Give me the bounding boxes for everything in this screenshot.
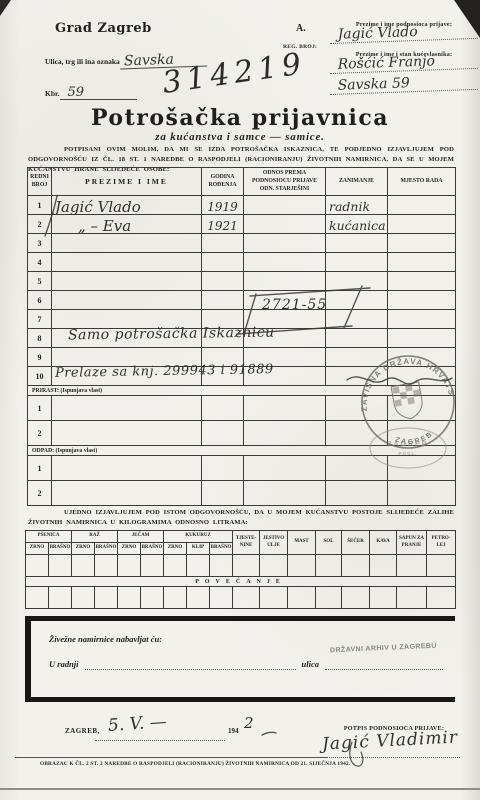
supply-cell	[26, 555, 49, 577]
footer-place-label: ZAGREB,	[65, 727, 100, 735]
person-name-handwritten: „ – Eva	[52, 215, 202, 234]
purchase-row: U radnji ulica	[49, 659, 443, 670]
person-year-handwritten: 1919	[202, 196, 244, 215]
person-name-cell	[52, 291, 202, 310]
declaration-paragraph-2: UJEDNO IZJAVLJUJEM POD ISTOM ODGOVORNOŠĆ…	[28, 508, 454, 528]
person-workplace-cell	[388, 272, 456, 291]
supply-cell	[26, 587, 49, 609]
person-workplace-cell	[388, 253, 456, 272]
prirast-year-cell	[202, 396, 244, 421]
col-header-redni-broj: REDNI BROJ	[28, 168, 52, 196]
col-sol: SOL	[316, 531, 342, 555]
landlord-address-field: Savska 59	[330, 79, 478, 95]
row-number: 4	[28, 253, 52, 272]
person-occupation-cell	[326, 253, 388, 272]
group-psenica: PŠENICA	[26, 531, 72, 543]
prirast-name-cell	[52, 421, 202, 446]
odpad-row-2: 2	[28, 481, 456, 506]
row-number: 8	[28, 329, 52, 348]
supply-cell	[95, 555, 118, 577]
supply-cell	[164, 587, 187, 609]
crossed-number-handwritten: 2721-55	[262, 297, 327, 313]
landlord-address-handwritten: Savska 59	[329, 74, 477, 95]
odpad-band: ODPAD: (Ispunjava vlast)	[28, 446, 456, 456]
odpad-workplace-cell	[388, 481, 456, 506]
prirast-occupation-cell	[326, 421, 388, 446]
row-number: 2	[28, 421, 52, 446]
supply-cell	[370, 555, 397, 577]
person-name-handwritten: Jagić Vlado	[52, 196, 202, 215]
prirast-row-1: 1	[28, 396, 456, 421]
row-number: 1	[28, 456, 52, 481]
purchase-heading: Živežne namirnice nabavljat ću:	[49, 634, 162, 644]
supply-cell	[370, 587, 397, 609]
supply-cell	[342, 587, 370, 609]
supplies-data-row-2	[26, 587, 456, 609]
odpad-name-cell	[52, 481, 202, 506]
supplies-data-row-1	[26, 555, 456, 577]
person-relation-cell	[244, 215, 326, 234]
person-relation-cell	[244, 272, 326, 291]
person-occupation-cell	[326, 291, 388, 310]
prirast-row-2: 2	[28, 421, 456, 446]
col-jestivo-ulje: JESTIVO ULJE	[260, 531, 288, 555]
group-raz: RAŽ	[72, 531, 118, 543]
person-row-2: 2 „ – Eva 1921 kućanica	[28, 215, 456, 234]
col-header-godina-rodjenja: GODINA ROĐENJA	[202, 168, 244, 196]
odpad-relation-cell	[244, 456, 326, 481]
group-jecam: JEČAM	[118, 531, 164, 543]
person-relation-cell	[244, 234, 326, 253]
row-number: 2	[28, 215, 52, 234]
col-tjestenine: TJESTE-NINE	[233, 531, 260, 555]
odpad-year-cell	[202, 456, 244, 481]
supply-cell	[95, 587, 118, 609]
row-number: 7	[28, 310, 52, 329]
row-number: 1	[28, 196, 52, 215]
person-occupation-cell	[326, 310, 388, 329]
person-workplace-cell	[388, 348, 456, 367]
person-occupation-cell	[326, 367, 388, 386]
sub-zrno: ZRNO	[164, 543, 187, 555]
supply-cell	[72, 555, 95, 577]
supply-cell	[397, 587, 427, 609]
house-number-field: Kbr. 59	[45, 86, 137, 100]
supply-cell	[342, 555, 370, 577]
supply-cell	[49, 555, 72, 577]
prirast-name-cell	[52, 396, 202, 421]
row-number: 1	[28, 396, 52, 421]
form-subtitle: za kućanstva i samce — samice.	[0, 131, 480, 143]
row-number: 10	[28, 367, 52, 386]
col-secer: ŠEĆER	[342, 531, 370, 555]
sub-zrno: ZRNO	[118, 543, 141, 555]
house-number-label: Kbr.	[45, 89, 60, 100]
supply-cell	[316, 587, 342, 609]
supply-cell	[187, 587, 210, 609]
shop-label: U radnji	[49, 659, 79, 670]
supply-cell	[427, 555, 456, 577]
row-number: 3	[28, 234, 52, 253]
sub-zrno: ZRNO	[72, 543, 95, 555]
prirast-relation-cell	[244, 421, 326, 446]
landlord-field: Prezime i ime i stan kućevlasnika: Rošći…	[330, 51, 478, 74]
col-header-odnos: ODNOS PREMA PODNOSIOCU PRIJAVE ODN. STAR…	[244, 168, 326, 196]
odpad-name-cell	[52, 456, 202, 481]
supply-cell	[72, 587, 95, 609]
person-row-3: 3	[28, 234, 456, 253]
person-occupation-cell	[326, 272, 388, 291]
person-year-cell	[202, 234, 244, 253]
person-workplace-cell	[388, 329, 456, 348]
odpad-occupation-cell	[326, 481, 388, 506]
supply-cell	[49, 587, 72, 609]
prirast-relation-cell	[244, 396, 326, 421]
person-workplace-cell	[388, 291, 456, 310]
supply-cell	[316, 555, 342, 577]
footer-year-printed: 194	[228, 727, 239, 735]
person-occupation-cell	[326, 234, 388, 253]
applicant-name-handwritten: Jagić Vlado	[329, 23, 477, 44]
prirast-label: PRIRAST: (Ispunjava vlast)	[28, 386, 456, 396]
prirast-workplace-cell	[388, 396, 456, 421]
supply-cell	[288, 587, 316, 609]
supply-cell	[233, 587, 260, 609]
footer-date-handwritten: 5. V. —	[107, 712, 167, 736]
person-name-cell	[52, 234, 202, 253]
person-workplace-cell	[388, 215, 456, 234]
col-kava: KAVA	[370, 531, 397, 555]
group-kukuruz: KUKURUZ	[164, 531, 233, 543]
supply-cell	[118, 555, 141, 577]
supply-cell	[187, 555, 210, 577]
archive-stamp-text: DRŽAVNI ARHIV U ZAGREBU	[330, 643, 437, 655]
form-reference-note: OBRAZAC K ČL. 2 ST. 2 NAREDBE O RASPODJE…	[40, 761, 350, 767]
signature-line	[318, 757, 460, 758]
sub-brasno: BRAŠNO	[210, 543, 233, 555]
landlord-name-handwritten: Rošćić Franjo	[329, 53, 477, 74]
person-occupation-cell	[326, 348, 388, 367]
sub-zrno: ZRNO	[26, 543, 49, 555]
col-header-prezime-ime: PREZIME I IME	[52, 168, 202, 196]
only-card-note-handwritten: Samo potrošačka Iskaznicu	[68, 325, 275, 344]
supply-cell	[118, 587, 141, 609]
person-row-6: 6	[28, 291, 456, 310]
scan-edge-artifact	[0, 788, 480, 790]
person-workplace-cell	[388, 367, 456, 386]
col-header-zanimanje: ZANIMANJE	[326, 168, 388, 196]
supplies-table: PŠENICA RAŽ JEČAM KUKURUZ TJESTE-NINE JE…	[25, 530, 456, 609]
odpad-workplace-cell	[388, 456, 456, 481]
supply-cell	[210, 555, 233, 577]
person-row-4: 4	[28, 253, 456, 272]
col-petrolej: PETRO-LEJ	[427, 531, 456, 555]
supply-cell	[260, 587, 288, 609]
sub-klip: KLIP	[187, 543, 210, 555]
date-flourish	[262, 732, 276, 735]
form-title: Potrošačka prijavnica	[0, 105, 480, 131]
supply-cell	[260, 555, 288, 577]
person-year-handwritten: 1921	[202, 215, 244, 234]
person-workplace-cell	[388, 234, 456, 253]
odpad-relation-cell	[244, 481, 326, 506]
supply-cell	[397, 555, 427, 577]
person-name-cell	[52, 253, 202, 272]
footer-date-line	[95, 740, 225, 741]
section-letter: A.	[296, 23, 306, 34]
scan-corner-artifact	[0, 0, 11, 16]
odpad-label: ODPAD: (Ispunjava vlast)	[28, 446, 456, 456]
person-relation-cell	[244, 253, 326, 272]
footer-year-handwritten: 2	[244, 714, 254, 732]
supply-cell	[164, 555, 187, 577]
povecanje-label: POVEĆANJE	[26, 577, 456, 587]
supply-cell	[233, 555, 260, 577]
row-number: 5	[28, 272, 52, 291]
street-label: Ulica, trg ili ina oznaka	[45, 57, 120, 68]
document-sheet: Grad Zagreb Ulica, trg ili ina oznaka Sa…	[0, 0, 480, 800]
prirast-year-cell	[202, 421, 244, 446]
row-number: 6	[28, 291, 52, 310]
odpad-year-cell	[202, 481, 244, 506]
supply-cell	[141, 587, 164, 609]
person-occupation-handwritten: radnik	[326, 196, 388, 215]
supply-cell	[210, 587, 233, 609]
person-workplace-cell	[388, 310, 456, 329]
row-number: 2	[28, 481, 52, 506]
purchase-box: Živežne namirnice nabavljat ću: U radnji…	[25, 616, 455, 702]
prirast-occupation-cell	[326, 396, 388, 421]
persons-header-row: REDNI BROJ PREZIME I IME GODINA ROĐENJA …	[28, 168, 456, 196]
person-occupation-handwritten: kućanica	[326, 215, 388, 234]
row-number: 9	[28, 348, 52, 367]
shop-blank-line	[85, 659, 296, 670]
person-row-1: 1 Jagić Vlado 1919 radnik	[28, 196, 456, 215]
sub-brasno: BRAŠNO	[95, 543, 118, 555]
supply-cell	[141, 555, 164, 577]
person-year-cell	[202, 253, 244, 272]
supply-cell	[427, 587, 456, 609]
shop-street-label: ulica	[302, 659, 319, 670]
col-header-mjesto-rada: MJESTO RADA	[388, 168, 456, 196]
person-year-cell	[202, 272, 244, 291]
house-number-value-handwritten: 59	[60, 86, 137, 100]
person-row-5: 5	[28, 272, 456, 291]
povecanje-band: POVEĆANJE	[26, 577, 456, 587]
supply-cell	[288, 555, 316, 577]
person-year-cell	[202, 291, 244, 310]
shop-street-blank-line	[325, 659, 443, 670]
col-mast: MAST	[288, 531, 316, 555]
odpad-row-1: 1	[28, 456, 456, 481]
applicant-field: Prezime i ime podnosioca prijave: Jagić …	[330, 21, 478, 44]
city-heading: Grad Zagreb	[55, 21, 152, 36]
person-occupation-cell	[326, 329, 388, 348]
sub-brasno: BRAŠNO	[49, 543, 72, 555]
footer-rule	[15, 757, 327, 758]
odpad-occupation-cell	[326, 456, 388, 481]
person-workplace-cell	[388, 196, 456, 215]
supplies-group-header-row: PŠENICA RAŽ JEČAM KUKURUZ TJESTE-NINE JE…	[26, 531, 456, 543]
prirast-band: PRIRAST: (Ispunjava vlast)	[28, 386, 456, 396]
person-name-cell	[52, 272, 202, 291]
prirast-workplace-cell	[388, 421, 456, 446]
col-sapun: SAPUN ZA PRANJE	[397, 531, 427, 555]
sub-brasno: BRAŠNO	[141, 543, 164, 555]
person-relation-cell	[244, 196, 326, 215]
